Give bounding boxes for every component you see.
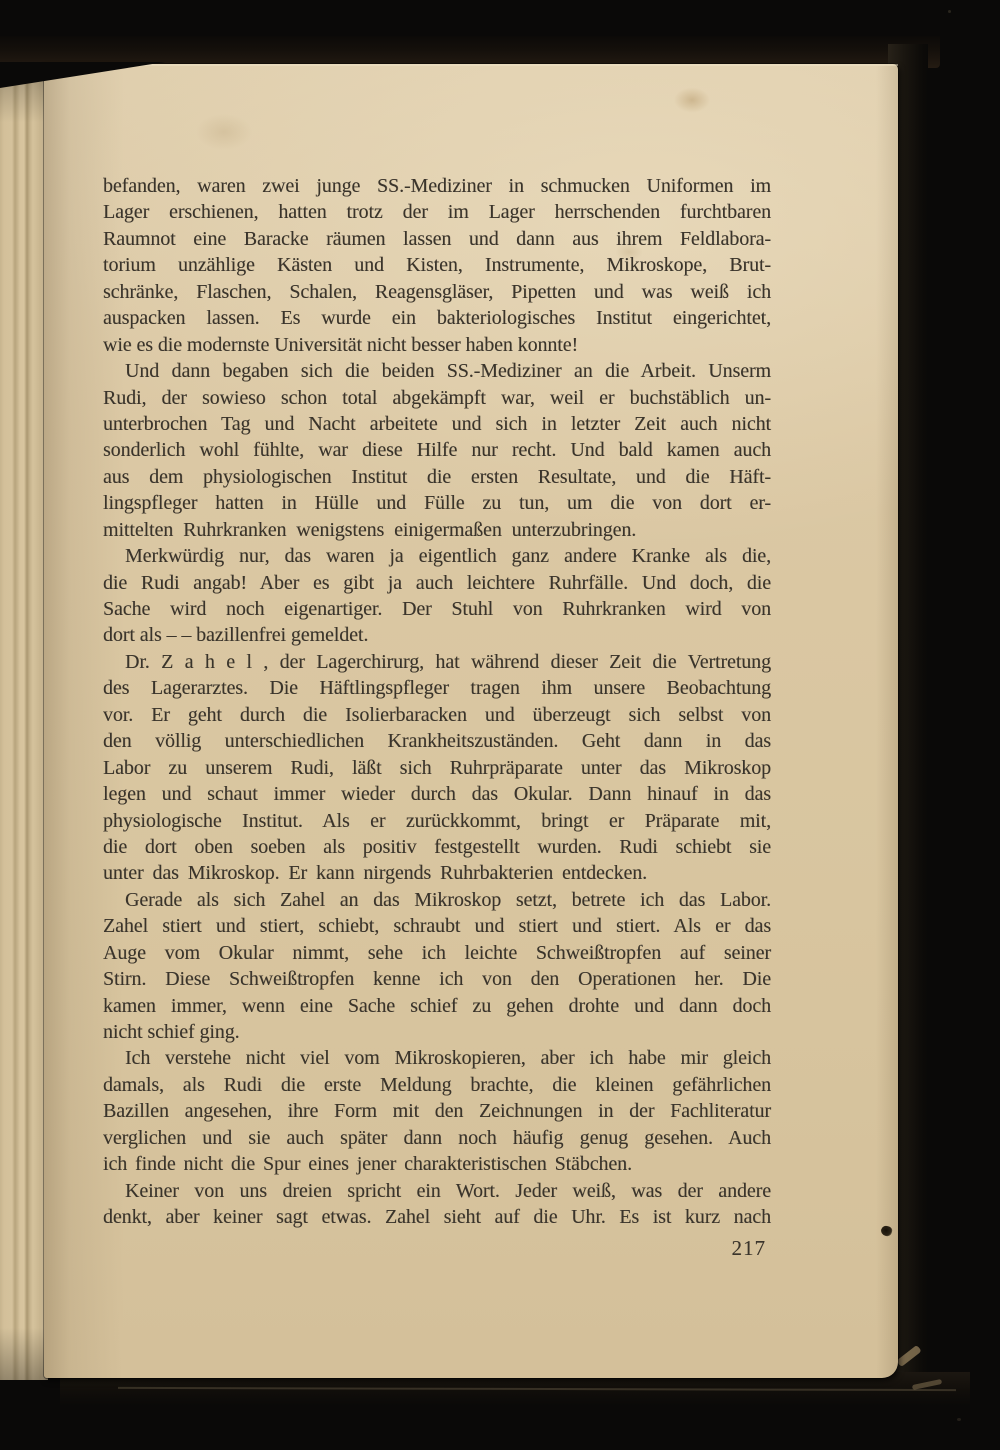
- text-line: verglichen und sie auch später dann noch…: [103, 1125, 771, 1151]
- text-line: des Lagerarztes. Die Häftlingspfleger tr…: [103, 675, 771, 701]
- text-line: schränke, Flaschen, Schalen, Reagensgläs…: [103, 279, 771, 305]
- text-line: Ich verstehe nicht viel vom Mikroskopier…: [103, 1045, 771, 1071]
- text-line: Rudi, der sowieso schon total abgekämpft…: [103, 385, 771, 411]
- text-line: denkt, aber keiner sagt etwas. Zahel sie…: [103, 1204, 771, 1230]
- text-line: mittelten Ruhrkranken wenigstens einiger…: [103, 517, 771, 543]
- text-line: Merkwürdig nur, das waren ja eigentlich …: [103, 543, 771, 569]
- text-line: Keiner von uns dreien spricht ein Wort. …: [103, 1178, 771, 1204]
- text-line: die Rudi angab! Aber es gibt ja auch lei…: [103, 570, 771, 596]
- text-line: ich finde nicht die Spur eines jener cha…: [103, 1151, 771, 1177]
- text-line: befanden, waren zwei junge SS.-Mediziner…: [103, 173, 771, 199]
- text-line: Bazillen angesehen, ihre Form mit den Ze…: [103, 1098, 771, 1124]
- text-line: Raumnot eine Baracke räumen lassen und d…: [103, 226, 771, 252]
- book-page: befanden, waren zwei junge SS.-Mediziner…: [44, 64, 898, 1378]
- text-line: unter das Mikroskop. Er kann nirgends Ru…: [103, 860, 771, 886]
- text-line: Auge vom Okular nimmt, sehe ich leichte …: [103, 940, 771, 966]
- text-line: Dr. Z a h e l , der Lagerchirurg, hat wä…: [103, 649, 771, 675]
- book-scan: befanden, waren zwei junge SS.-Mediziner…: [0, 0, 1000, 1450]
- text-line: Sache wird noch eigenartiger. Der Stuhl …: [103, 596, 771, 622]
- dust-speck: [957, 1418, 961, 1421]
- text-line: vor. Er geht durch die Isolierbaracken u…: [103, 702, 771, 728]
- text-line: nicht schief ging.: [103, 1019, 771, 1045]
- text-line: Stirn. Diese Schweißtropfen kenne ich vo…: [103, 966, 771, 992]
- text-line: Lager erschienen, hatten trotz der im La…: [103, 199, 771, 225]
- text-line: damals, als Rudi die erste Meldung brach…: [103, 1072, 771, 1098]
- text-line: unterbrochen Tag und Nacht arbeitete und…: [103, 411, 771, 437]
- text-line: Zahel stiert und stiert, schiebt, schrau…: [103, 913, 771, 939]
- text-line: aus dem physiologischen Institut die ers…: [103, 464, 771, 490]
- page-text: befanden, waren zwei junge SS.-Mediziner…: [103, 173, 771, 1231]
- page-stack-gutter-edges: [0, 70, 48, 1380]
- text-line: legen und schaut immer wieder durch das …: [103, 781, 771, 807]
- page-number: 217: [732, 1236, 767, 1261]
- text-line: kamen immer, wenn eine Sache schief zu g…: [103, 993, 771, 1019]
- ink-spot: [880, 1225, 893, 1238]
- dust-speck: [948, 10, 951, 13]
- text-line: auspacken lassen. Es wurde ein bakteriol…: [103, 305, 771, 331]
- text-line: den völlig unterschiedlichen Krankheitsz…: [103, 728, 771, 754]
- text-line: sonderlich wohl fühlte, war diese Hilfe …: [103, 437, 771, 463]
- text-line: dort als – – bazillenfrei gemeldet.: [103, 622, 771, 648]
- text-line: wie es die modernste Universität nicht b…: [103, 332, 771, 358]
- text-line: Und dann begaben sich die beiden SS.-Med…: [103, 358, 771, 384]
- text-line: physiologische Institut. Als er zurückko…: [103, 808, 771, 834]
- text-line: torium unzählige Kästen und Kisten, Inst…: [103, 252, 771, 278]
- text-line: lingspfleger hatten in Hülle und Fülle z…: [103, 490, 771, 516]
- text-line: Gerade als sich Zahel an das Mikroskop s…: [103, 887, 771, 913]
- text-line: Labor zu unserem Rudi, läßt sich Ruhrprä…: [103, 755, 771, 781]
- text-line: die dort oben soeben als positiv festges…: [103, 834, 771, 860]
